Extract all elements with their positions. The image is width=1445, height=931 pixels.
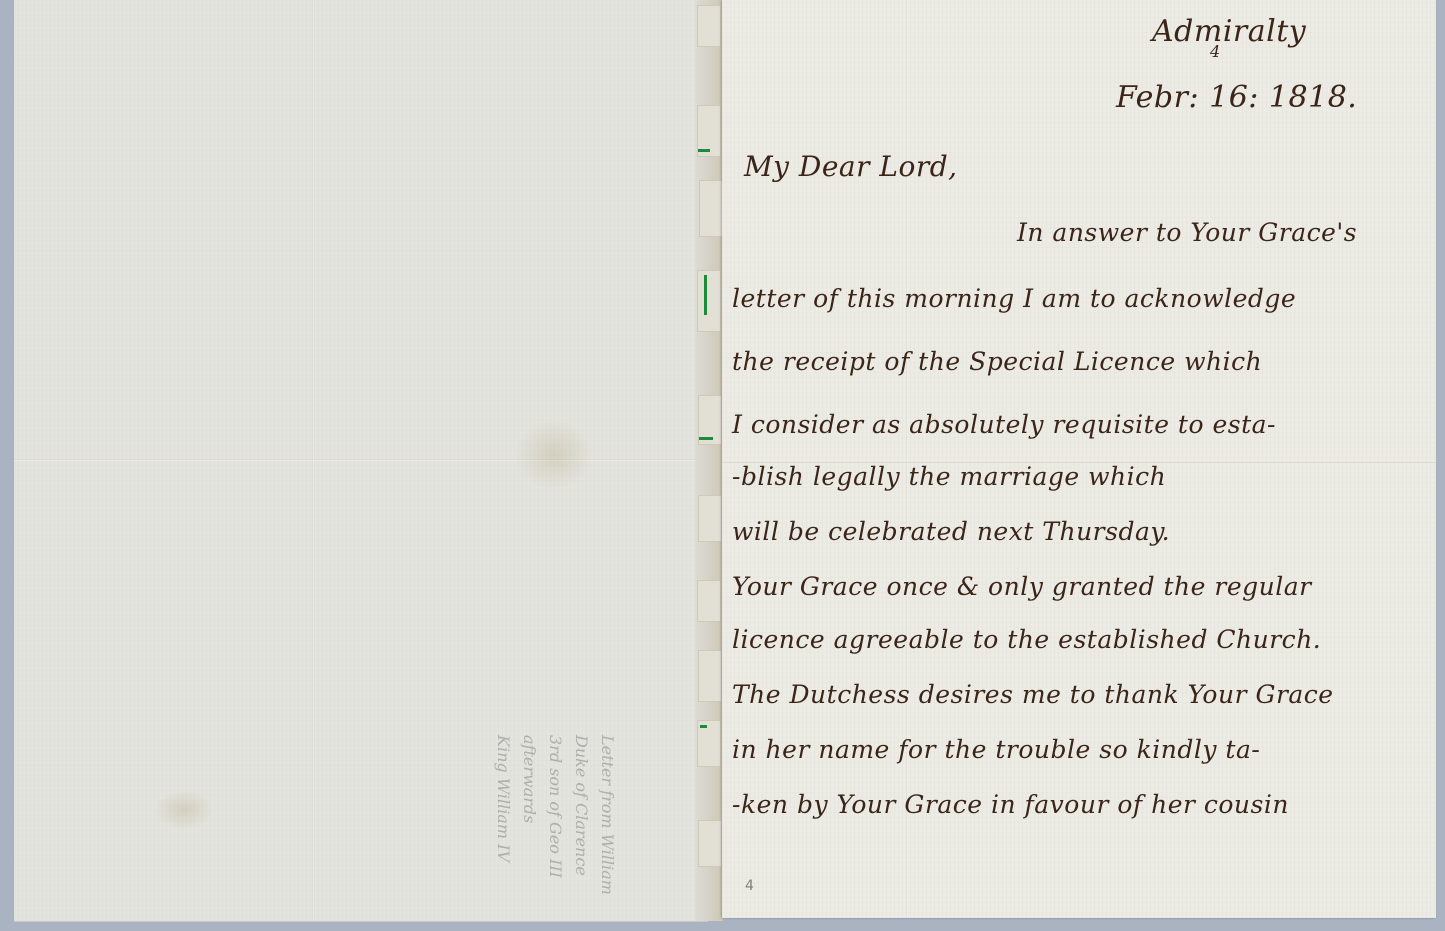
right-page: [722, 0, 1436, 918]
green-mark-icon: [700, 725, 707, 728]
letter-date: Febr: 16: 1818.: [1116, 80, 1357, 115]
body-line: The Dutchess desires me to thank Your Gr…: [732, 680, 1334, 709]
body-line: In answer to Your Grace's: [1017, 218, 1357, 247]
letter-place: Admiralty: [1152, 14, 1306, 49]
pencil-line: afterwards: [516, 735, 542, 895]
hinge-tab: [697, 580, 721, 622]
body-line: I consider as absolutely requisite to es…: [732, 410, 1276, 439]
vertical-fold: [906, 0, 908, 918]
hinge-tab: [697, 105, 721, 157]
hinge-tab: [698, 650, 722, 702]
hinge-tab: [697, 5, 721, 47]
body-line: will be celebrated next Thursday.: [732, 517, 1170, 546]
pencil-line: Duke of Clarence: [568, 735, 594, 895]
body-line: Your Grace once & only granted the regul…: [732, 572, 1312, 601]
pencil-line: King William IV: [490, 735, 516, 895]
green-mark-icon: [698, 149, 710, 152]
hinge-tab: [698, 820, 722, 867]
green-mark-icon: [704, 275, 707, 315]
pencil-annotation: Letter from William Duke of Clarence 3rd…: [490, 735, 620, 895]
stain: [514, 420, 594, 490]
letter-date-superscript: 4: [1210, 42, 1221, 61]
body-line: the receipt of the Special Licence which: [732, 347, 1262, 376]
spine-hinge-strip: [695, 0, 723, 921]
horizontal-fold: [14, 459, 708, 461]
pencil-line: 3rd son of Geo III: [542, 735, 568, 895]
body-line: -blish legally the marriage which: [732, 462, 1166, 491]
stain: [154, 790, 214, 830]
body-line: licence agreeable to the established Chu…: [732, 625, 1321, 654]
hinge-tab: [699, 180, 723, 237]
hinge-tab: [697, 270, 721, 332]
pencil-line: Letter from William: [594, 735, 620, 895]
hinge-tab: [698, 395, 722, 445]
green-mark-icon: [699, 437, 713, 440]
body-line: in her name for the trouble so kindly ta…: [732, 735, 1260, 764]
letter-salutation: My Dear Lord,: [744, 150, 958, 183]
vertical-fold: [312, 0, 314, 921]
hinge-tab: [697, 720, 721, 767]
body-line: letter of this morning I am to acknowled…: [732, 284, 1296, 313]
body-line: -ken by Your Grace in favour of her cous…: [732, 790, 1289, 819]
page-number: 4: [745, 878, 754, 894]
hinge-tab: [698, 495, 722, 542]
